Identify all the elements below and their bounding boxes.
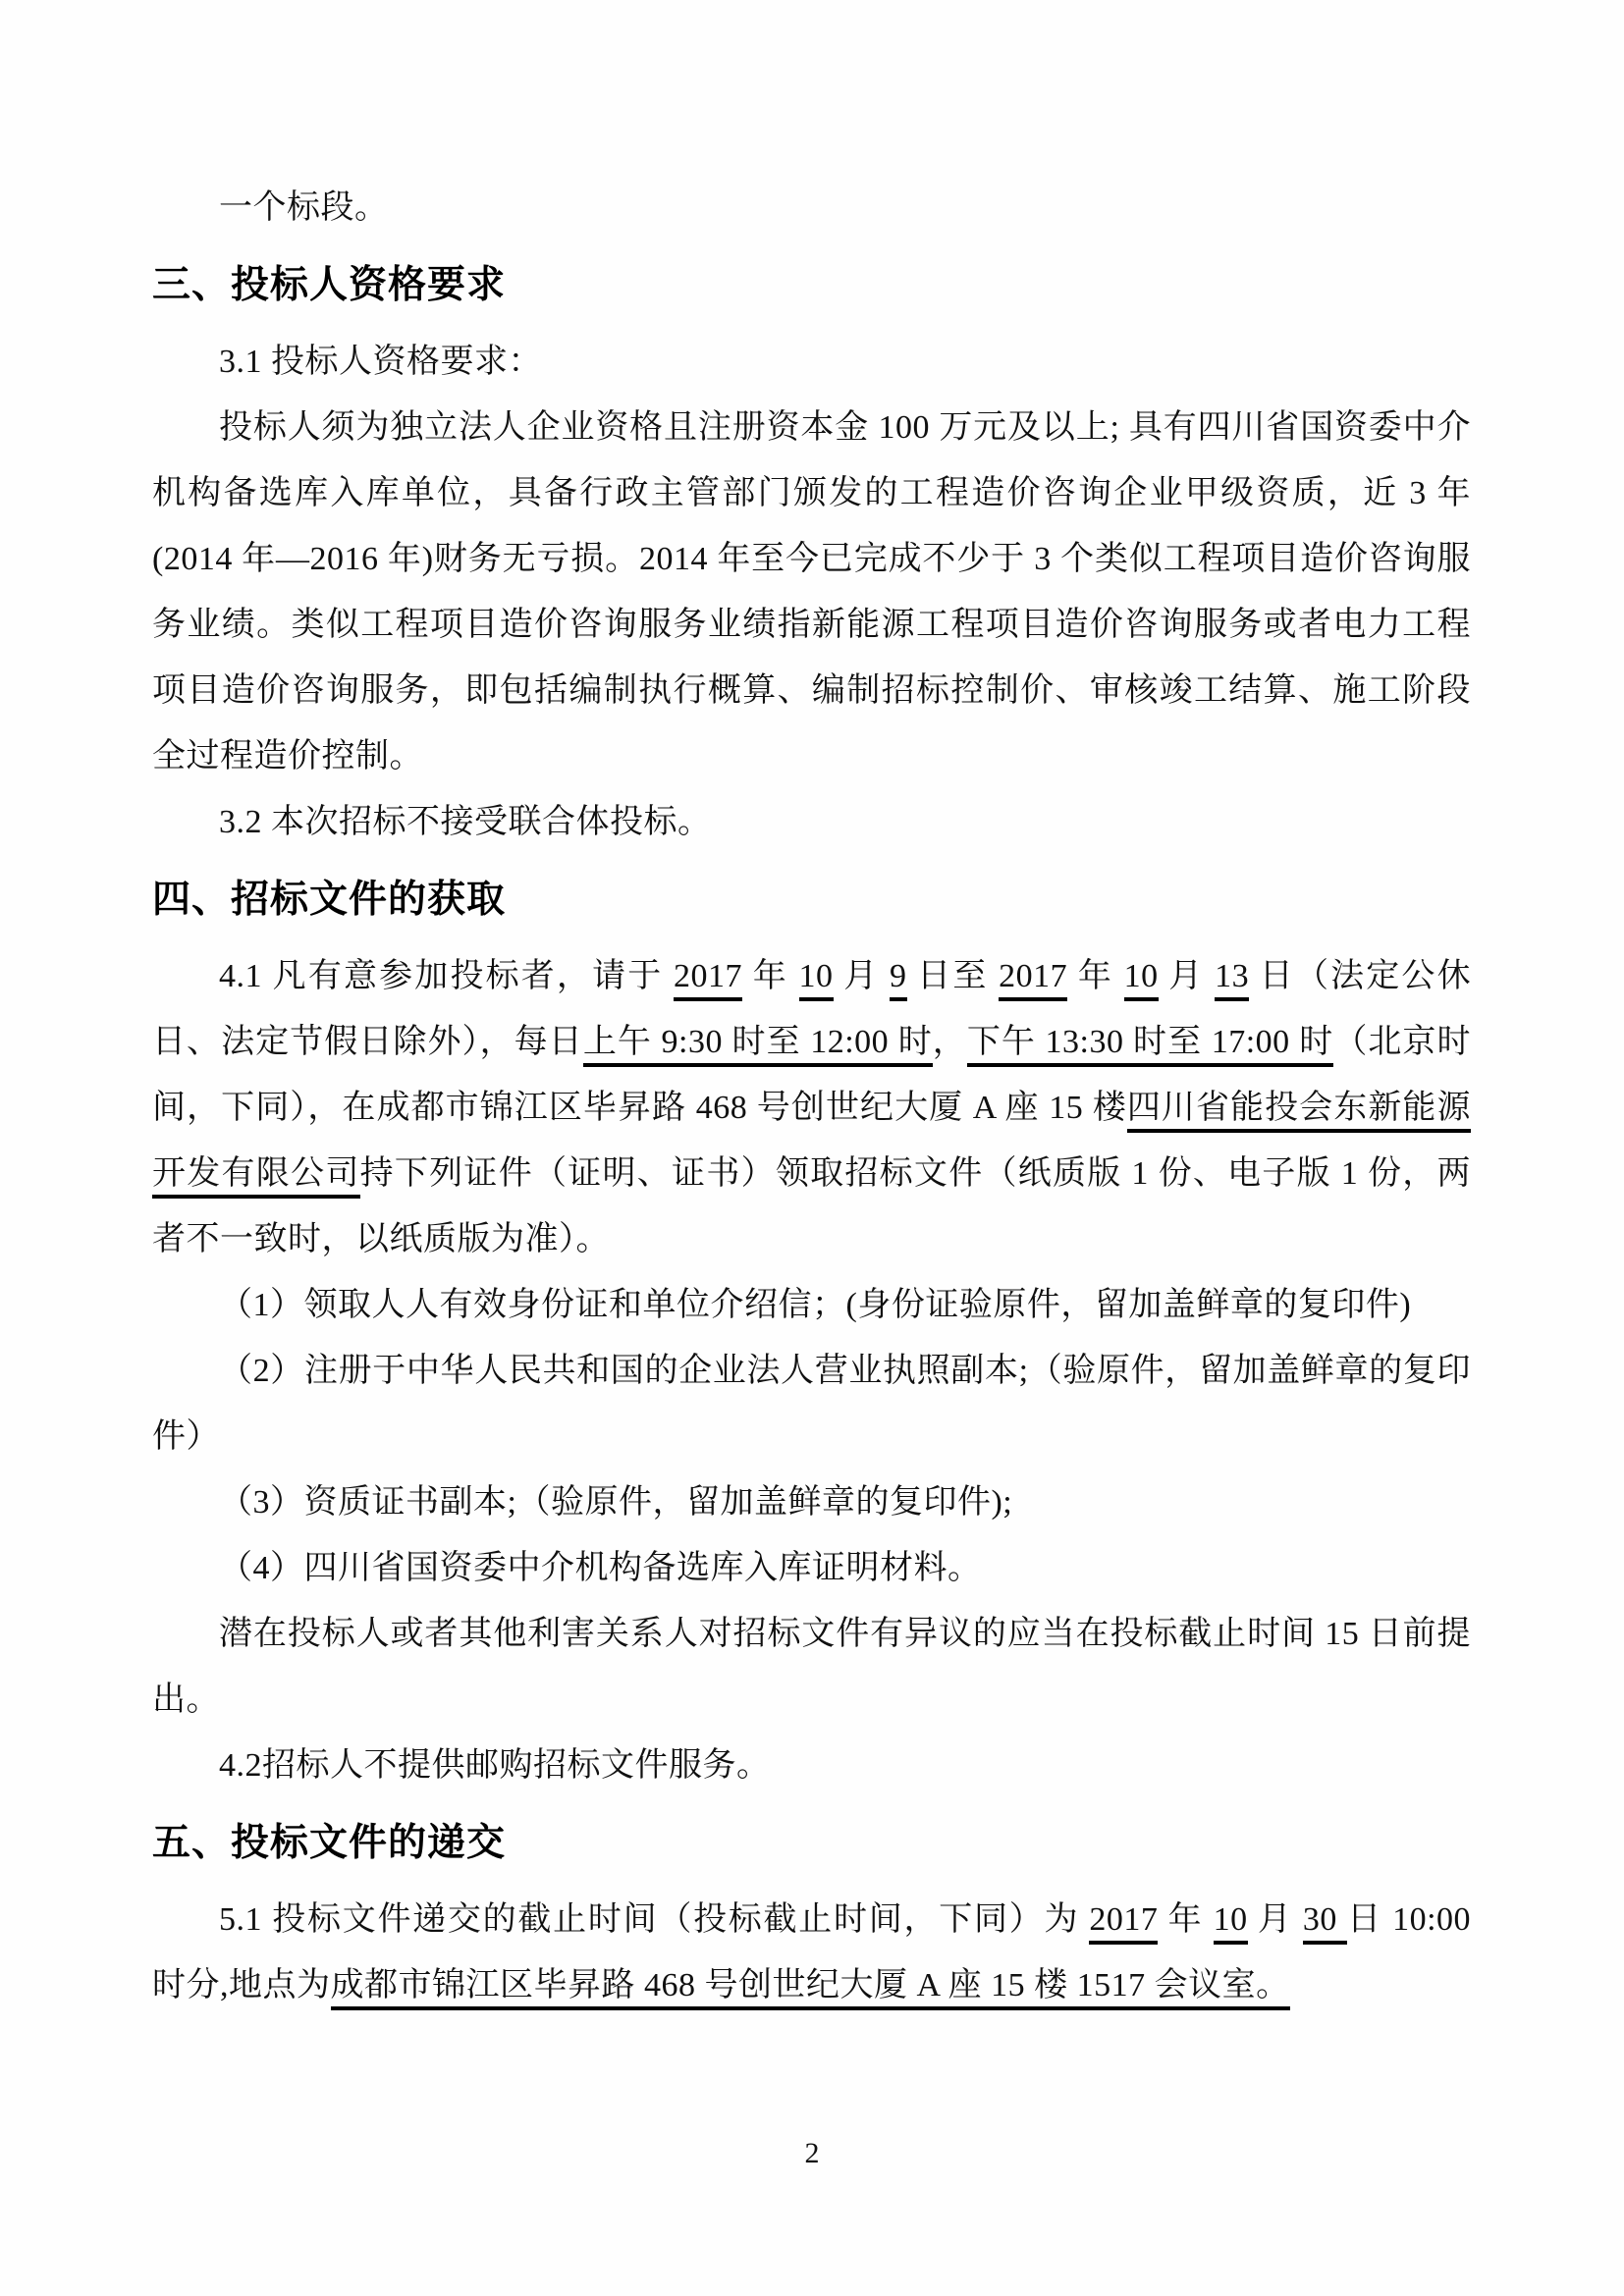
paragraph-4-1: 4.1 凡有意参加投标者，请于 2017 年 10 月 9 日至 2017 年 … [152,943,1471,1272]
document-body: 一个标段。三、投标人资格要求3.1 投标人资格要求：投标人须为独立法人企业资格且… [152,175,1471,2018]
heading-section-4: 四、招标文件的获取 [152,865,1471,935]
document-page: 一个标段。三、投标人资格要求3.1 投标人资格要求：投标人须为独立法人企业资格且… [0,0,1624,2296]
text-run: 投标人须为独立法人企业资格且注册资本金 100 万元及以上; 具有四川省国资委中… [152,409,1471,774]
text-run: 5.1 投标文件递交的截止时间（投标截止时间，下同）为 [219,1901,1089,1938]
text-run: ， [933,1024,967,1060]
underlined-text: 上午 9:30 时至 12:00 时 [583,1024,933,1067]
text-run: 3.1 投标人资格要求： [219,344,542,380]
paragraph-item-4: （4）四川省国资委中介机构备选库入库证明材料。 [152,1535,1471,1601]
text-run: 月 [834,958,890,994]
paragraph-3-1: 3.1 投标人资格要求： [152,329,1471,395]
underlined-text: 10 [1214,1901,1248,1945]
text-run: 月 [1248,1901,1303,1938]
paragraph-lot-continuation: 一个标段。 [152,175,1471,240]
paragraph-item-3: （3）资质证书副本;（验原件，留加盖鲜章的复印件); [152,1469,1471,1535]
text-run: 四、招标文件的获取 [152,879,506,921]
underlined-text: 10 [799,958,834,1001]
underlined-text: 30 [1303,1901,1347,1945]
underlined-text: 成都市锦江区毕昇路 468 号创世纪大厦 A 座 15 楼 1517 会议室。 [331,1967,1290,2010]
text-run: 五、投标文件的递交 [152,1822,506,1864]
text-run: 月 [1159,958,1215,994]
paragraph-3-2: 3.2 本次招标不接受联合体投标。 [152,789,1471,855]
text-run: （1）领取人人有效身份证和单位介绍信；(身份证验原件，留加盖鲜章的复印件) [219,1287,1411,1323]
heading-section-3: 三、投标人资格要求 [152,250,1471,321]
text-run: 4.1 凡有意参加投标者，请于 [219,958,674,994]
paragraph-bidder-qualifications: 投标人须为独立法人企业资格且注册资本金 100 万元及以上; 具有四川省国资委中… [152,395,1471,789]
text-run: 日至 [907,958,1000,994]
text-run: （4）四川省国资委中介机构备选库入库证明材料。 [219,1550,982,1586]
underlined-text: 10 [1124,958,1159,1001]
text-run: 年 [1158,1901,1213,1938]
text-run: （2）注册于中华人民共和国的企业法人营业执照副本;（验原件，留加盖鲜章的复印件） [152,1353,1471,1455]
underlined-text: 2017 [674,958,742,1001]
underlined-text: 9 [890,958,907,1001]
paragraph-item-1: （1）领取人人有效身份证和单位介绍信；(身份证验原件，留加盖鲜章的复印件) [152,1272,1471,1338]
underlined-text: 下午 13:30 时至 17:00 时 [967,1024,1333,1067]
text-run: 一个标段。 [219,189,389,226]
page-number: 2 [0,2137,1624,2170]
paragraph-item-2: （2）注册于中华人民共和国的企业法人营业执照副本;（验原件，留加盖鲜章的复印件） [152,1338,1471,1469]
paragraph-objection: 潜在投标人或者其他利害关系人对招标文件有异议的应当在投标截止时间 15 日前提出… [152,1601,1471,1733]
underlined-text: 2017 [999,958,1067,1001]
text-run: 潜在投标人或者其他利害关系人对招标文件有异议的应当在投标截止时间 15 日前提出… [152,1616,1471,1718]
text-run: 年 [742,958,798,994]
text-run: 4.2招标人不提供邮购招标文件服务。 [219,1747,771,1784]
text-run: （3）资质证书副本;（验原件，留加盖鲜章的复印件); [219,1484,1012,1521]
underlined-text: 13 [1215,958,1249,1001]
text-run: 三、投标人资格要求 [152,264,506,306]
underlined-text: 2017 [1089,1901,1158,1945]
heading-section-5: 五、投标文件的递交 [152,1808,1471,1879]
paragraph-5-1: 5.1 投标文件递交的截止时间（投标截止时间，下同）为 2017 年 10 月 … [152,1887,1471,2018]
text-run: 年 [1067,958,1123,994]
text-run: 3.2 本次招标不接受联合体投标。 [219,804,712,840]
paragraph-4-2: 4.2招标人不提供邮购招标文件服务。 [152,1733,1471,1798]
